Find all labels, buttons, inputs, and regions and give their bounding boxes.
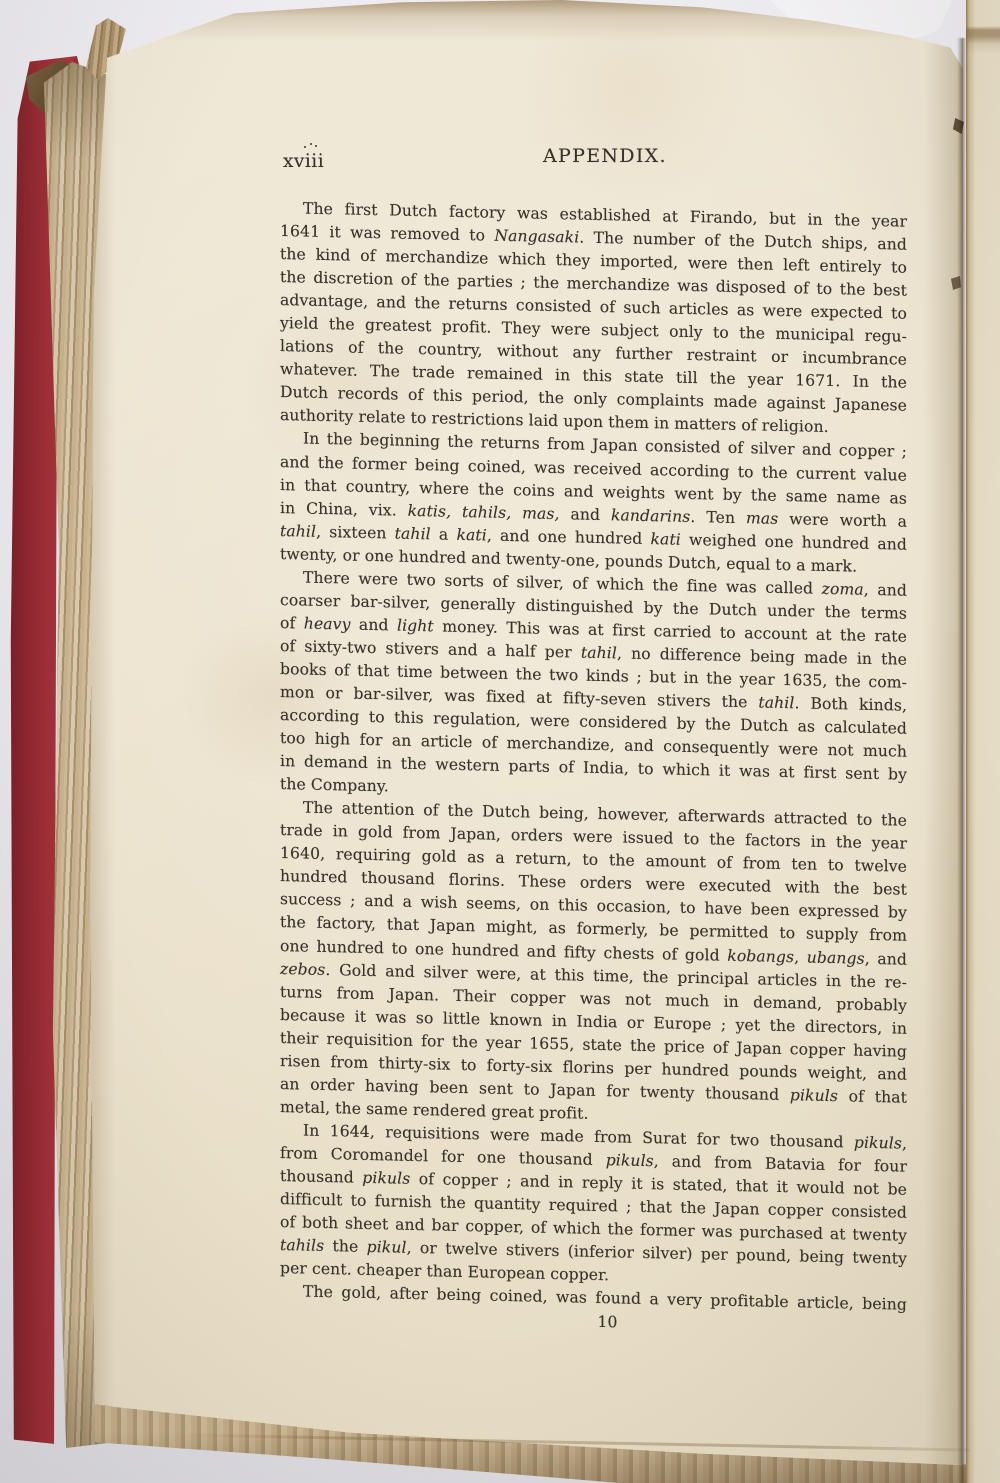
paragraph: There were two sorts of silver, of which… [280, 566, 907, 810]
running-head: APPENDIX. [543, 145, 667, 167]
paragraph: The first Dutch factory was established … [280, 197, 907, 441]
folio-number: xviii [283, 151, 324, 172]
facing-page-sliver [966, 0, 1000, 1483]
ink-specks [304, 146, 306, 148]
paragraph: In the beginning the returns from Japan … [280, 427, 907, 579]
book-photo: { "photo": { "background_color": "#e9e8e… [0, 0, 1000, 1483]
paragraph: The attention of the Dutch being, howeve… [280, 796, 907, 1132]
body-text: The first Dutch factory was established … [280, 197, 907, 1341]
paragraph: In 1644, requisitions were made from Sur… [280, 1119, 907, 1294]
gutter-seam [957, 38, 967, 1483]
